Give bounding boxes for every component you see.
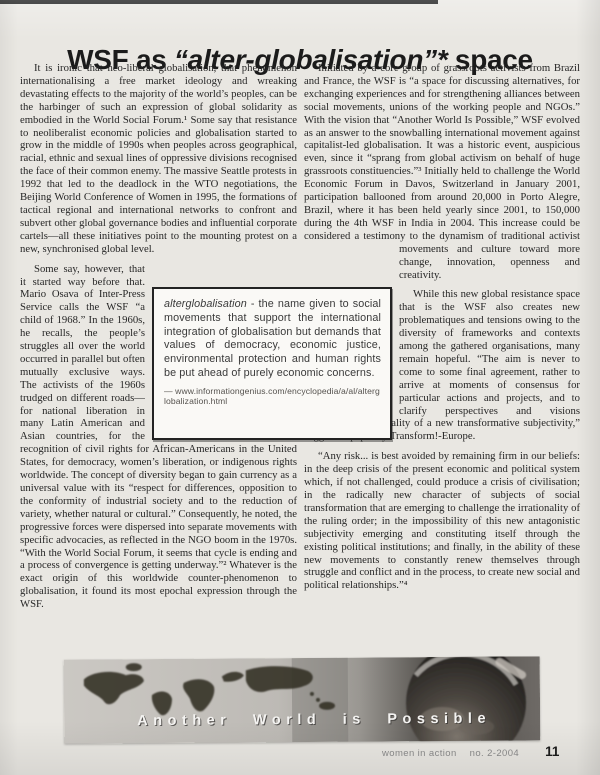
page-number: 11 xyxy=(545,744,559,759)
magazine-page: WSF as “alter-globalisation”* space It i… xyxy=(0,0,600,775)
paragraph: “Any risk... is best avoided by remainin… xyxy=(304,450,580,592)
callout-source: — www.informationgenius.com/encyclopedia… xyxy=(164,386,381,407)
banner-slogan: Another World is Possible xyxy=(137,711,491,729)
globe-graphic xyxy=(406,656,529,743)
callout-definition: - the name given to social movements tha… xyxy=(164,298,381,379)
page-footer: women in action no. 2-2004 11 xyxy=(382,744,559,759)
journal-name: women in action xyxy=(382,748,457,759)
callout-box: alterglobalisation - the name given to s… xyxy=(152,287,392,440)
paragraph-text: Initiated by a core group of grassroots … xyxy=(304,62,580,255)
issue-number: no. 2-2004 xyxy=(470,748,519,759)
paragraph: It is ironic that neo-liberal globalisat… xyxy=(20,62,297,256)
callout-term: alterglobalisation xyxy=(164,298,247,310)
paragraph: Initiated by a core group of grassroots … xyxy=(304,62,580,281)
banner-photo: Another World is Possible Another World … xyxy=(64,656,541,743)
top-edge-mark xyxy=(0,0,438,4)
